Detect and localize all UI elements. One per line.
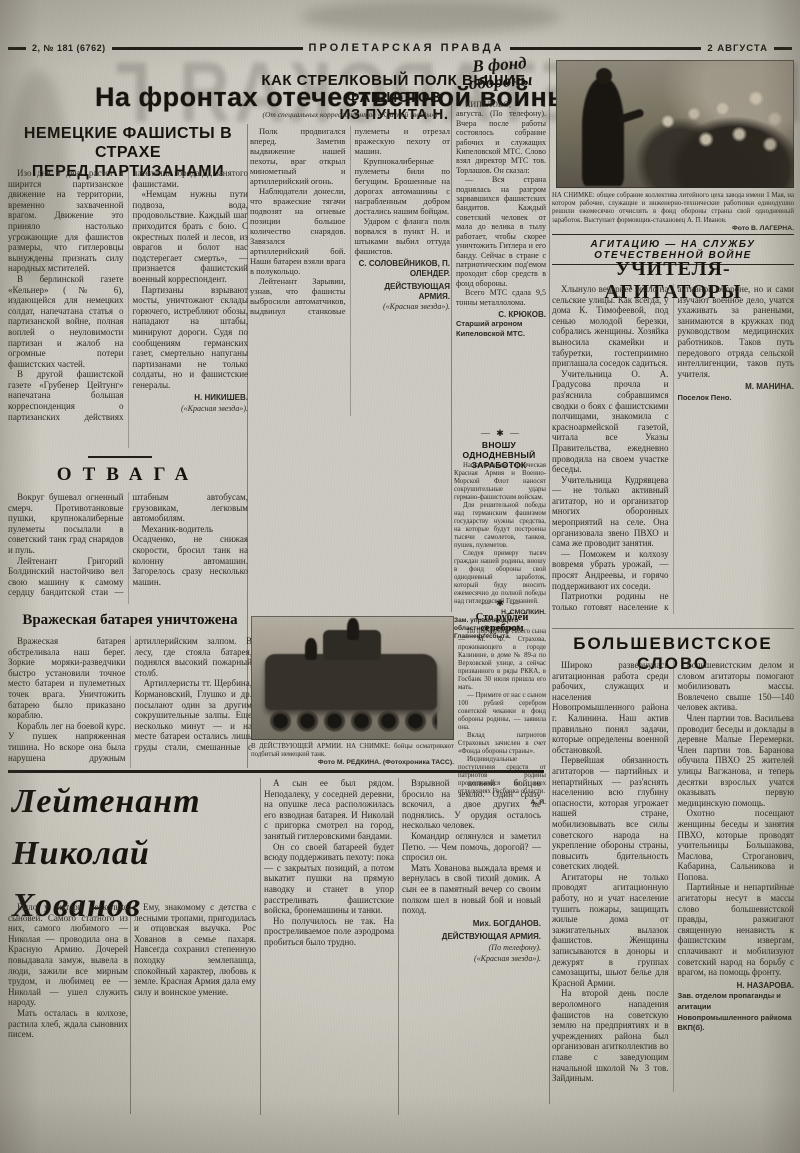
unit-credit: ДЕЙСТВУЮЩАЯ АРМИЯ.	[402, 932, 541, 943]
paragraph: Агитаторы не только проводят агитационну…	[552, 872, 669, 989]
source-credit: («Красная звезда»).	[402, 954, 541, 965]
paragraph: «Немцам нужны пути подвоза, вода, продов…	[133, 189, 249, 284]
paragraph: Хлынуло вечернее тепло на сельские улицы…	[552, 284, 669, 369]
headline-line1: Лейтенант	[12, 776, 264, 828]
article-fond-body: КИПЕЛОВО, 1 августа. (По телефону). Вчер…	[456, 100, 546, 422]
caption-text: НА СНИМКЕ: общее собрание коллектива лит…	[552, 192, 794, 224]
speaker-silhouette	[582, 78, 624, 186]
paragraph: Учительница Кудрявцева — не только актив…	[552, 475, 669, 549]
article-teachers-body: Хлынуло вечернее тепло на сельские улицы…	[552, 284, 794, 614]
paragraph: Полк продвигался вперед. Заметив выдвиже…	[250, 126, 346, 186]
fond-heading: В фонд обороны	[451, 53, 549, 94]
byline-role: Старший агроном Кипеловской МТС.	[456, 319, 546, 338]
section-rule	[8, 770, 544, 773]
paragraph: Широко развернулась агитационная работа …	[552, 660, 669, 755]
byline-note: (По телефону).	[402, 943, 541, 954]
newspaper-title: ПРОЛЕТАРСКАЯ ПРАВДА	[309, 42, 505, 54]
star-divider: — ✱ —	[456, 428, 546, 439]
paragraph: Крупнокалиберные пулеметы били по бегущи…	[355, 156, 451, 216]
paragraph: Изо дня в день растет и ширится партизан…	[8, 168, 124, 274]
photo-credit: Фото В. ЛАГЕРНА.	[552, 225, 794, 233]
paragraph: На второй день после вероломного нападен…	[552, 988, 669, 1083]
source-credit: («Красная звезда»).	[133, 404, 249, 415]
newspaper-page: ПРОЛЕТАРСКАЯ ПРАВДА 2, № 181 (6762) ПРОЛ…	[0, 0, 800, 1153]
paragraph: Командир оглянулся и заметил Петю. — Чем…	[402, 831, 541, 863]
article-otvaga-body: Вокруг бушевал огненный смерч. Противота…	[8, 492, 248, 604]
paragraph: Большевистским делом и словом агитаторы …	[678, 660, 795, 713]
column-rule	[260, 778, 261, 1115]
speaker-head-silhouette	[596, 68, 612, 84]
tank-photo	[251, 616, 454, 740]
column-rule	[247, 124, 248, 768]
paragraph: Но получилось не так. На простреливаемое…	[264, 916, 394, 948]
paragraph: Взрывной волной бойцов бросило на землю.…	[402, 778, 541, 831]
paragraph: Наблюдатели донесли, что вражеские тягач…	[250, 186, 346, 276]
column-rule	[398, 778, 399, 1115]
source-credit: («Красная звезда»).	[355, 302, 451, 312]
paragraph: Член партии тов. Васильева проводит бесе…	[678, 713, 795, 808]
headline-line1: НЕМЕЦКИЕ ФАШИСТЫ В СТРАХЕ	[8, 124, 248, 162]
soldier-silhouette	[305, 638, 317, 660]
tank-photo-caption: В ДЕЙСТВУЮЩЕЙ АРМИИ. НА СНИМКЕ: бойцы ос…	[251, 743, 454, 768]
paragraph: Всего МТС сдала 9,5 тонны металлолома.	[456, 288, 546, 307]
paragraph: Вклад патриотов Страховых зачислен в сче…	[458, 732, 546, 756]
paragraph: Вражеская батарея обстреливала наш берег…	[8, 636, 126, 721]
paragraph: Мать Хованова выждала время и вернулась …	[402, 863, 541, 916]
masthead-dash-left	[8, 47, 26, 50]
article-bolshevik-body: Широко развернулась агитационная работа …	[552, 660, 794, 1092]
paragraph: Охотно посещают женщины беседы и занятия…	[678, 808, 795, 882]
paragraph: Ударом с фланга полк ворвался в пункт Н.…	[355, 216, 451, 256]
byline-role: Зав. отделом пропаганды и агитации Новоп…	[678, 991, 795, 1033]
paragraph: — Вся страна поднялась на разгром зарвав…	[456, 175, 546, 288]
issue-date: 2 АВГУСТА	[707, 43, 768, 54]
paragraph: — Примите от нас с сыном 100 рублей сере…	[458, 692, 546, 732]
byline: Н. НИКИШЕВ.	[133, 393, 249, 404]
article-vnoshu-body: Наша любимая героическая Красная Армия и…	[454, 462, 546, 592]
khovanov-column-4: Взрывной волной бойцов бросило на землю.…	[402, 778, 541, 1114]
khovanov-column-2: Ему, знакомому с детства с лесными тропа…	[134, 902, 256, 1114]
meeting-photo-caption: НА СНИМКЕ: общее собрание коллектива лит…	[552, 192, 794, 233]
column-rule	[451, 100, 452, 612]
paragraph: Он со своей батареей будет всюду поддерж…	[264, 842, 394, 916]
paragraph: Было у матери несколько сыновей. Самого …	[8, 902, 128, 1008]
byline: Н. НАЗАРОВА.	[678, 981, 795, 992]
paragraph: Партизаны взрывают мосты, уничтожают скл…	[133, 285, 249, 391]
column-rule	[549, 58, 550, 1104]
paragraph: Первейшая обязанность агитаторов — парти…	[552, 755, 669, 872]
article-regiment-subtitle: (От специальных корреспондентов «Красной…	[250, 110, 450, 119]
paragraph: Механик-водитель Осадченко, не снижая ск…	[133, 524, 249, 588]
byline-place: Поселок Пено.	[678, 393, 795, 404]
meeting-photo	[556, 60, 794, 188]
paragraph: Ему, знакомому с детства с лесными тропа…	[134, 902, 256, 997]
article-silver-body: По поручению своего сына — М. Ф. Страхов…	[458, 628, 546, 764]
article-separator-rule	[552, 628, 794, 629]
article-battery-body: Вражеская батарея обстреливала наш берег…	[8, 636, 252, 768]
section-divider	[88, 456, 152, 458]
tank-wheels-silhouette	[267, 708, 437, 734]
masthead: 2, № 181 (6762) ПРОЛЕТАРСКАЯ ПРАВДА 2 АВ…	[8, 42, 792, 54]
article-otvaga-title: ОТВАГА	[8, 464, 248, 486]
paragraph: А сын ее был рядом. Неподалеку, у соседн…	[264, 778, 394, 842]
masthead-rule-right	[510, 47, 701, 50]
top-smudge	[300, 0, 560, 34]
page-number: 2, № 181 (6762)	[32, 43, 106, 53]
unit-credit: ДЕЙСТВУЮЩАЯ АРМИЯ.	[355, 282, 451, 302]
byline: М. МАНИНА.	[678, 382, 795, 393]
paragraph: КИПЕЛОВО, 1 августа. (По телефону). Вчер…	[456, 100, 546, 175]
paragraph: Партийные и непартийные агитаторы несут …	[678, 882, 795, 977]
masthead-dash-right	[774, 47, 792, 50]
photo-credit: Фото М. РЕДКИНА. (Фотохроника ТАСС).	[318, 759, 454, 767]
star-divider: — ✱ —	[456, 598, 546, 609]
soldier-silhouette	[347, 618, 359, 640]
paragraph: По поручению своего сына — М. Ф. Страхов…	[458, 628, 546, 692]
byline: Мих. БОГДАНОВ.	[402, 919, 541, 930]
byline: С. СОЛОВЕЙНИКОВ, П. ОЛЕНДЕР.	[355, 259, 451, 279]
column-rule	[130, 902, 131, 1114]
byline: С. КРЮКОВ.	[456, 310, 546, 319]
paragraph: — Поможем и колхозу вовремя убрать урожа…	[552, 549, 669, 591]
paragraph: Наша любимая героическая Красная Армия и…	[454, 462, 546, 502]
masthead-rule-left	[112, 47, 303, 50]
paragraph: Вокруг бушевал огненный смерч. Противота…	[8, 492, 124, 556]
article-partisans-body: Изо дня в день растет и ширится партизан…	[8, 168, 248, 448]
khovanov-column-3: А сын ее был рядом. Неподалеку, у соседн…	[264, 778, 394, 1114]
paragraph: Учительница О. А. Градусова прочла и раз…	[552, 369, 669, 475]
caption-text: В ДЕЙСТВУЮЩЕЙ АРМИИ. НА СНИМКЕ: бойцы ос…	[251, 743, 454, 758]
khovanov-column-1: Было у матери несколько сыновей. Самого …	[8, 902, 128, 1114]
paragraph: Для решительной победы над германским фа…	[454, 502, 546, 550]
article-regiment-body: Полк продвигался вперед. Заметив выдвиже…	[250, 126, 450, 416]
article-battery-title: Вражеская батарея уничтожена	[8, 612, 252, 629]
paragraph: Мать осталась в колхозе, растила хлеб, ж…	[8, 1008, 128, 1040]
tank-silhouette	[265, 654, 437, 710]
paragraph: В берлинской газете «Кельнер» (№ 6), изд…	[8, 274, 124, 369]
